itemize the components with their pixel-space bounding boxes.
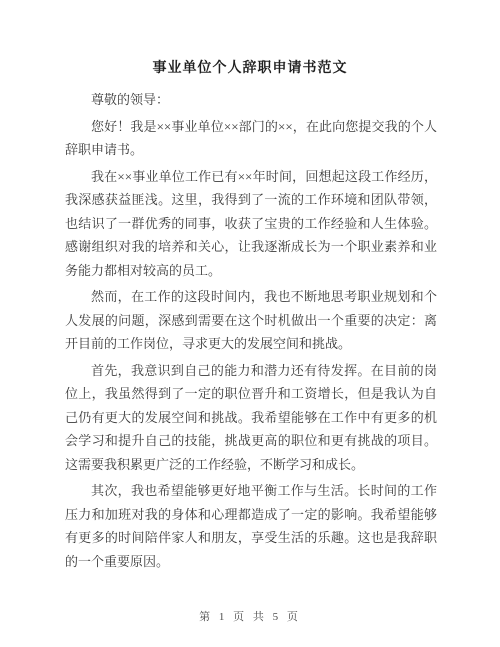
salutation: 尊敬的领导： bbox=[65, 88, 437, 112]
document-body: 尊敬的领导： 您好！我是××事业单位××部门的××，在此向您提交我的个人辞职申请… bbox=[65, 88, 437, 573]
paragraph-greeting: 您好！我是××事业单位××部门的××，在此向您提交我的个人辞职申请书。 bbox=[65, 115, 437, 162]
paragraph-decision: 然而，在工作的这段时间内，我也不断地思考职业规划和个人发展的问题，深感到需要在这… bbox=[65, 285, 437, 356]
document-title: 事业单位个人辞职申请书范文 bbox=[0, 57, 500, 77]
page-number-footer: 第 1 页 共 5 页 bbox=[0, 608, 500, 624]
paragraph-reason-second: 其次，我也希望能够更好地平衡工作与生活。长时间的工作压力和加班对我的身体和心理都… bbox=[65, 479, 437, 573]
paragraph-reason-first: 首先，我意识到自己的能力和潜力还有待发挥。在目前的岗位上，我虽然得到了一定的职位… bbox=[65, 359, 437, 477]
paragraph-work-experience: 我在××事业单位工作已有××年时间，回想起这段工作经历，我深感获益匪浅。这里，我… bbox=[65, 165, 437, 283]
document-page: 事业单位个人辞职申请书范文 尊敬的领导： 您好！我是××事业单位××部门的××，… bbox=[0, 0, 500, 647]
